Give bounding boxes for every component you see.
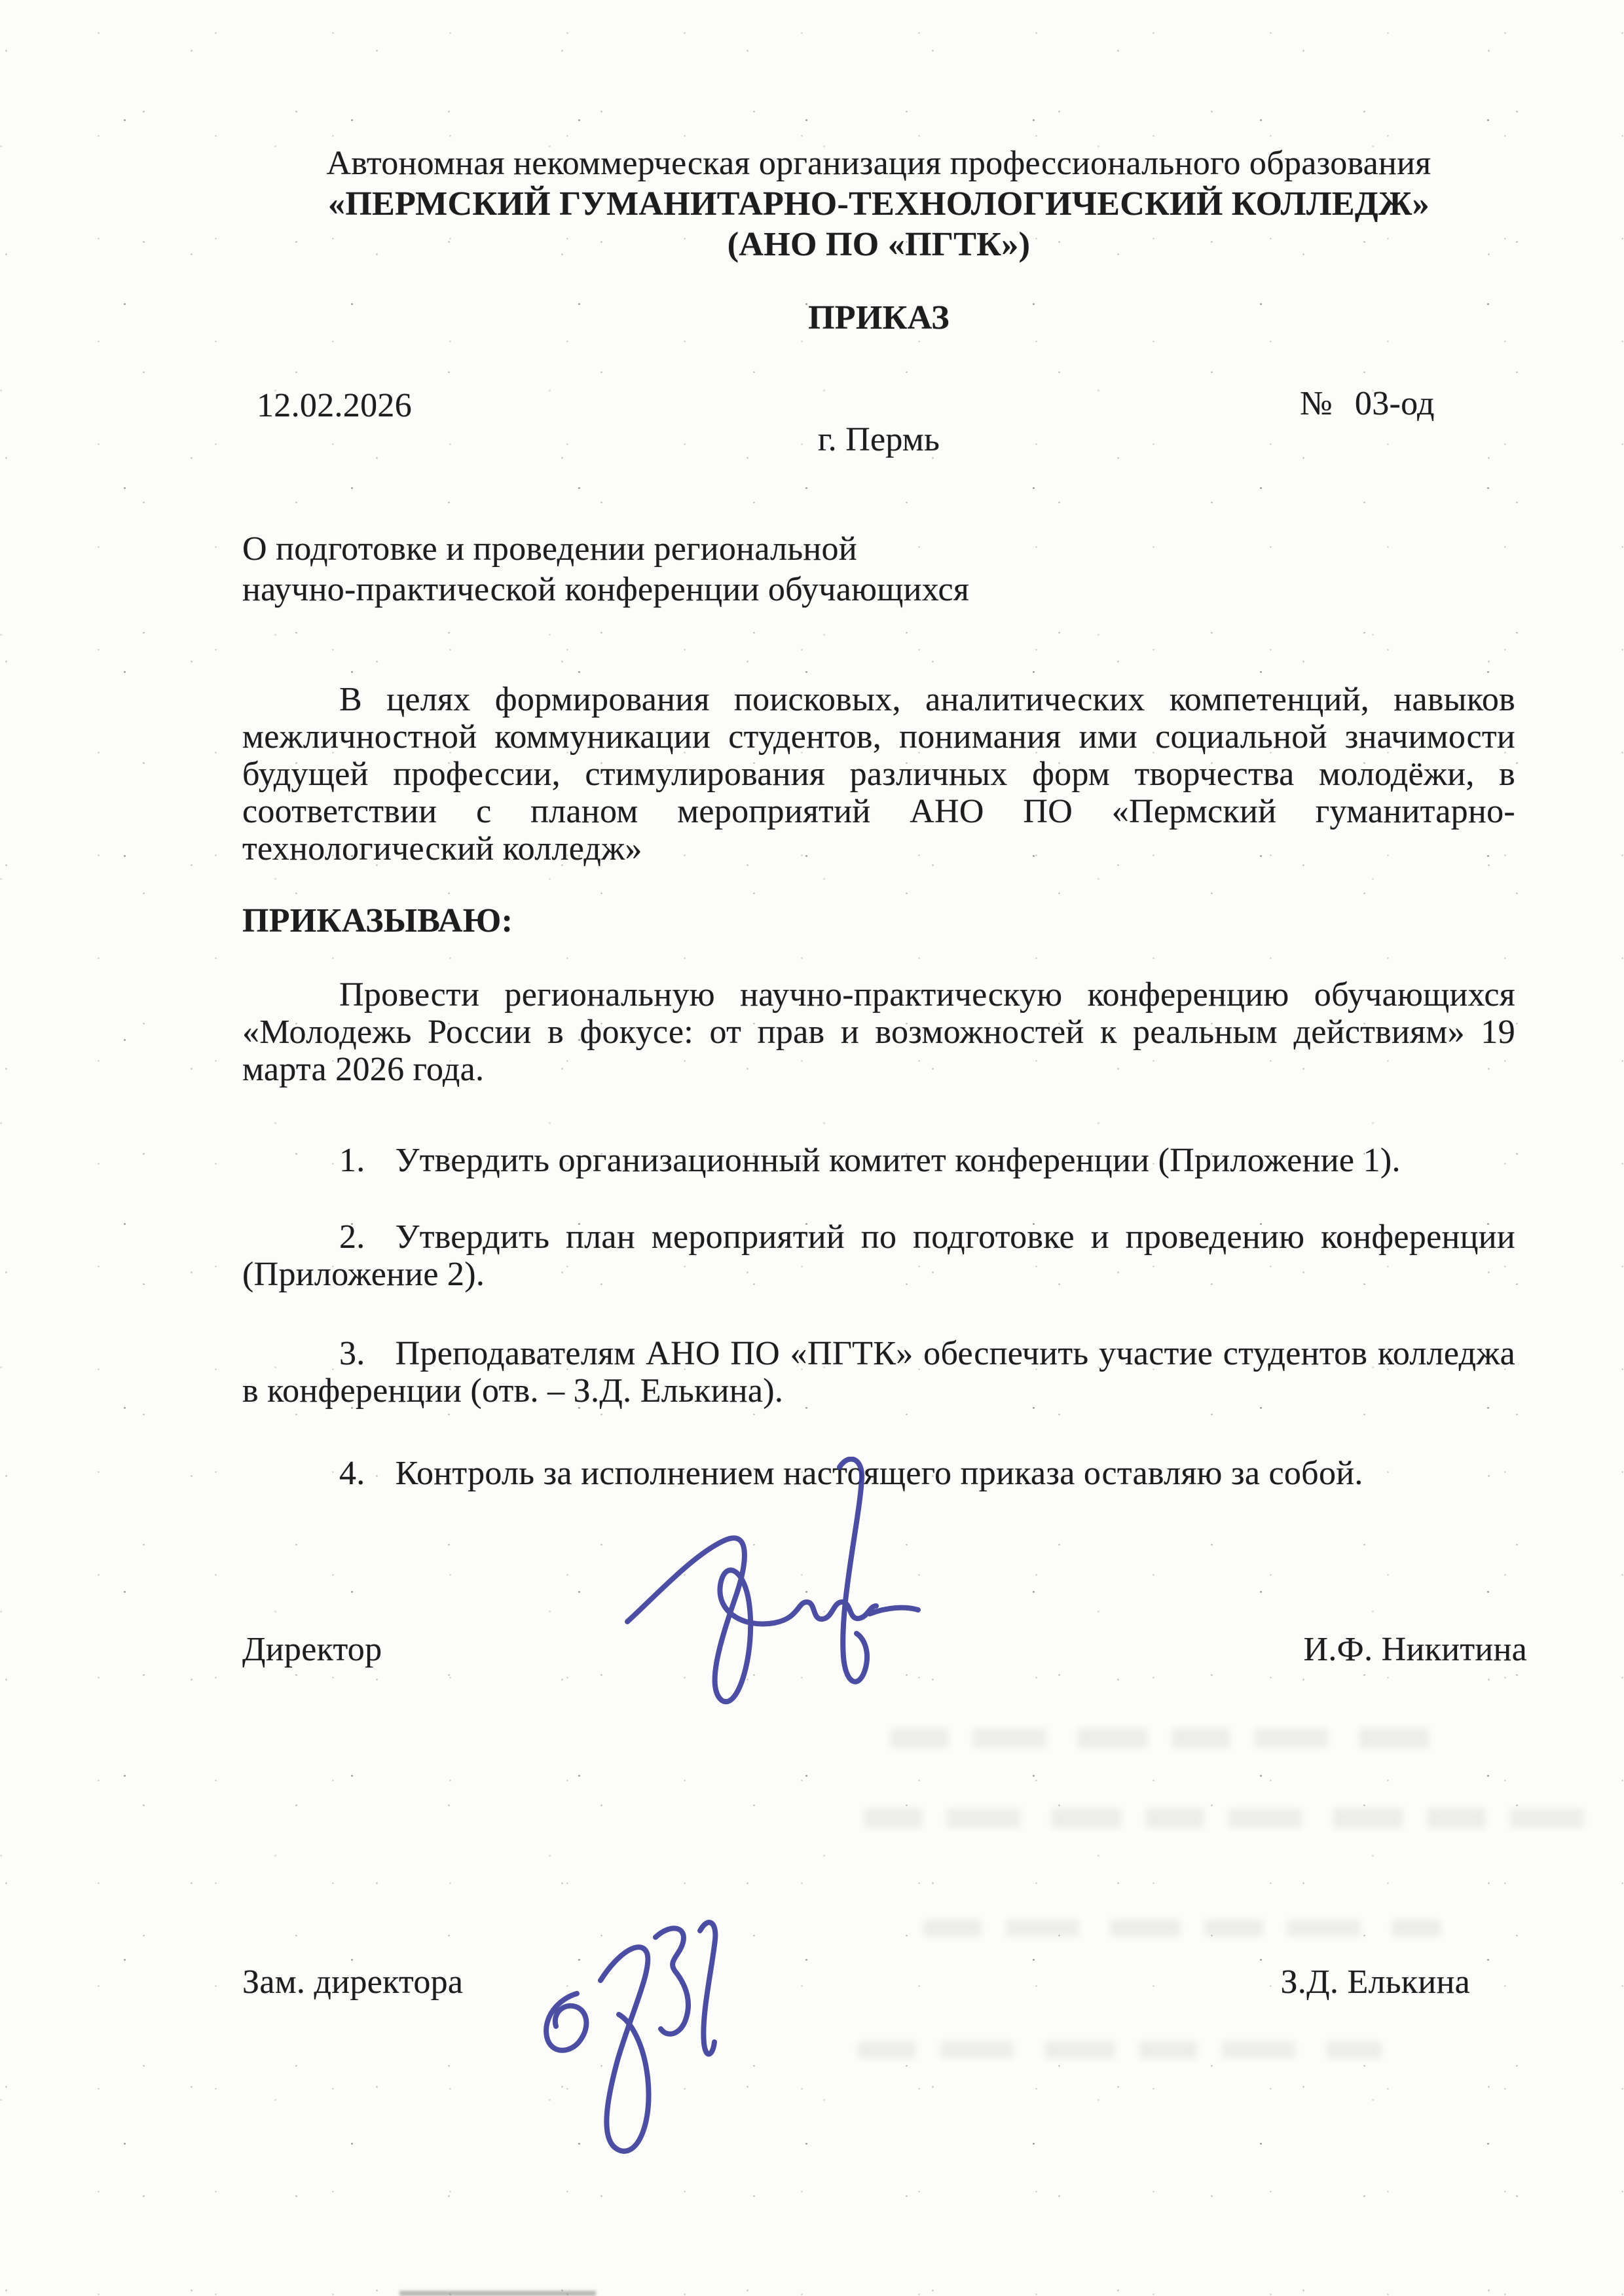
document-number: №03-од	[1300, 385, 1435, 422]
deputy-title: Зам. директора	[242, 1963, 463, 2001]
director-title: Директор	[242, 1631, 382, 1668]
item-number: 2.	[339, 1218, 396, 1256]
order-keyword: ПРИКАЗЫВАЮ:	[242, 902, 513, 939]
order-item-1: 1.Утвердить организационный комитет конф…	[242, 1142, 1515, 1179]
item-text: Преподавателям АНО ПО «ПГТК» обеспечить …	[242, 1335, 1515, 1410]
scan-edge-artifact	[399, 2291, 596, 2296]
city-line: г. Пермь	[242, 421, 1515, 458]
ghost-mark	[858, 2041, 1382, 2058]
subject-block: О подготовке и проведении региональной н…	[242, 529, 1515, 610]
item-number: 3.	[339, 1335, 396, 1372]
deputy-signature-ink	[501, 1915, 783, 2174]
item-text: Утвердить организационный комитет конфер…	[396, 1142, 1401, 1179]
deputy-name: З.Д. Елькина	[1280, 1963, 1470, 2001]
item-number: 1.	[339, 1142, 396, 1179]
org-name-line-2: «ПЕРМСКИЙ ГУМАНИТАРНО-ТЕХНОЛОГИЧЕСКИЙ КО…	[242, 184, 1515, 225]
scanned-order-document: Автономная некоммерческая организация пр…	[0, 0, 1624, 2296]
director-signature-ink	[609, 1457, 950, 1738]
subject-line-1: О подготовке и проведении региональной	[242, 529, 1515, 570]
order-item-3: 3.Преподавателям АНО ПО «ПГТК» обеспечит…	[242, 1335, 1515, 1410]
director-name: И.Ф. Никитина	[1304, 1631, 1527, 1668]
ghost-mark	[891, 1728, 1434, 1748]
document-type-title: ПРИКАЗ	[242, 299, 1515, 337]
org-name-line-1: Автономная некоммерческая организация пр…	[242, 143, 1515, 184]
ghost-mark	[864, 1808, 1591, 1828]
order-intro-paragraph: Провести региональную научно-практическу…	[242, 976, 1515, 1088]
org-name-line-3: (АНО ПО «ПГТК»)	[242, 225, 1515, 265]
subject-line-2: научно-практической конференции обучающи…	[242, 570, 1515, 610]
item-number: 4.	[339, 1455, 396, 1492]
document-date: 12.02.2026	[257, 387, 412, 424]
number-sign: №	[1300, 385, 1333, 422]
order-item-2: 2.Утвердить план мероприятий по подготов…	[242, 1218, 1515, 1293]
ghost-mark	[923, 1920, 1441, 1937]
org-header: Автономная некоммерческая организация пр…	[242, 143, 1515, 265]
preamble-paragraph: В целях формирования поисковых, аналитич…	[242, 681, 1515, 867]
number-value: 03-од	[1355, 385, 1435, 422]
item-text: Утвердить план мероприятий по подготовке…	[242, 1218, 1515, 1293]
